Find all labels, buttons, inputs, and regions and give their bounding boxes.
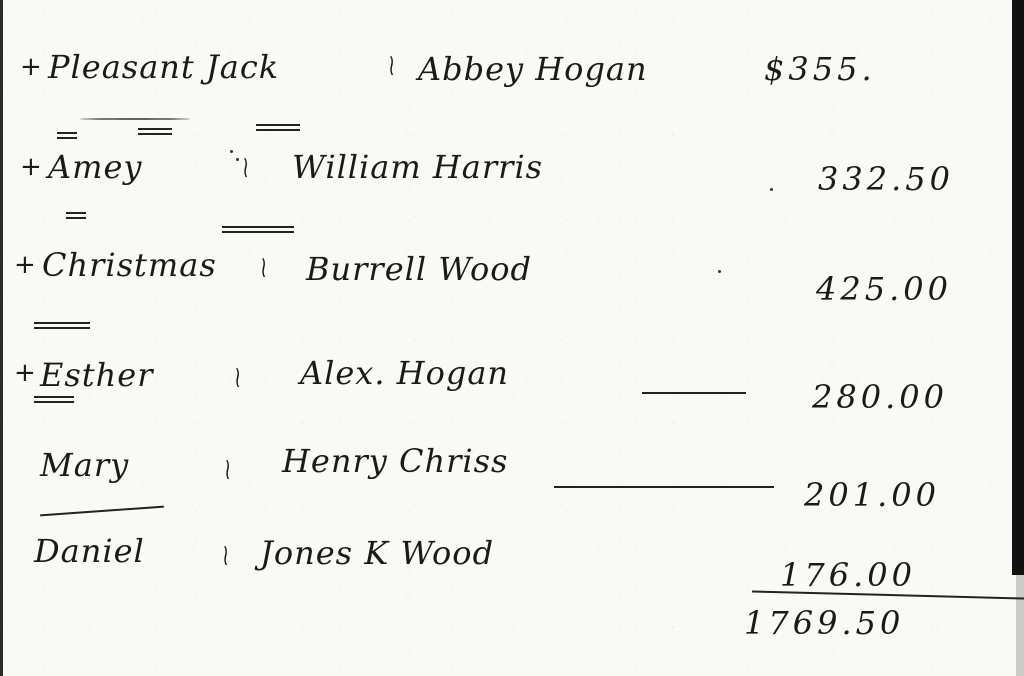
scan-left-edge (0, 0, 3, 676)
ink-speck (770, 188, 773, 191)
entry-name: Daniel (34, 532, 145, 570)
entry-party: Henry Chriss (282, 442, 508, 480)
brace-icon: ≀ (242, 150, 249, 185)
entry-party: Abbey Hogan (418, 50, 648, 88)
entry-mark: + (20, 52, 42, 82)
brace-icon: ≀ (388, 48, 395, 83)
brace-icon: ≀ (234, 360, 241, 395)
scan-right-edge-shadow (1016, 575, 1024, 676)
entry-mark: + (20, 152, 42, 182)
flourish-line (40, 506, 164, 517)
double-underline (138, 128, 172, 135)
entry-name: Esther (40, 356, 153, 394)
ink-speck (718, 270, 721, 273)
ink-speck (236, 158, 239, 161)
double-underline (34, 396, 74, 403)
entry-amount: 176.00 (780, 556, 916, 594)
entry-name: Amey (48, 148, 142, 186)
leader-line (554, 486, 774, 488)
entry-mark: + (14, 358, 36, 388)
entry-party: Alex. Hogan (300, 354, 509, 392)
entry-mark: + (14, 250, 36, 280)
double-underline (256, 124, 300, 131)
leader-line (642, 392, 746, 394)
entry-party: Burrell Wood (306, 250, 532, 288)
brace-icon: ≀ (222, 538, 229, 573)
double-underline (66, 212, 86, 219)
entry-amount: 332.50 (818, 160, 954, 198)
total-amount: 1769.50 (744, 604, 904, 642)
ink-speck (230, 150, 233, 153)
flourish-line (80, 118, 190, 120)
entry-amount: 425.00 (816, 270, 952, 308)
entry-name: Mary (40, 446, 129, 484)
double-underline (57, 132, 77, 139)
double-underline (222, 226, 294, 233)
entry-party: William Harris (292, 148, 543, 186)
double-underline (34, 322, 90, 329)
entry-party: Jones K Wood (260, 534, 494, 572)
brace-icon: ≀ (224, 452, 231, 487)
brace-icon: ≀ (260, 250, 267, 285)
entry-amount: $355. (764, 50, 876, 88)
entry-amount: 280.00 (812, 378, 948, 416)
entry-name: Pleasant Jack (48, 48, 279, 86)
scan-right-edge (1012, 0, 1024, 575)
entry-amount: 201.00 (804, 476, 940, 514)
entry-name: Christmas (42, 246, 217, 284)
ledger-page: + Pleasant Jack ≀ Abbey Hogan $355. + Am… (0, 0, 1024, 676)
